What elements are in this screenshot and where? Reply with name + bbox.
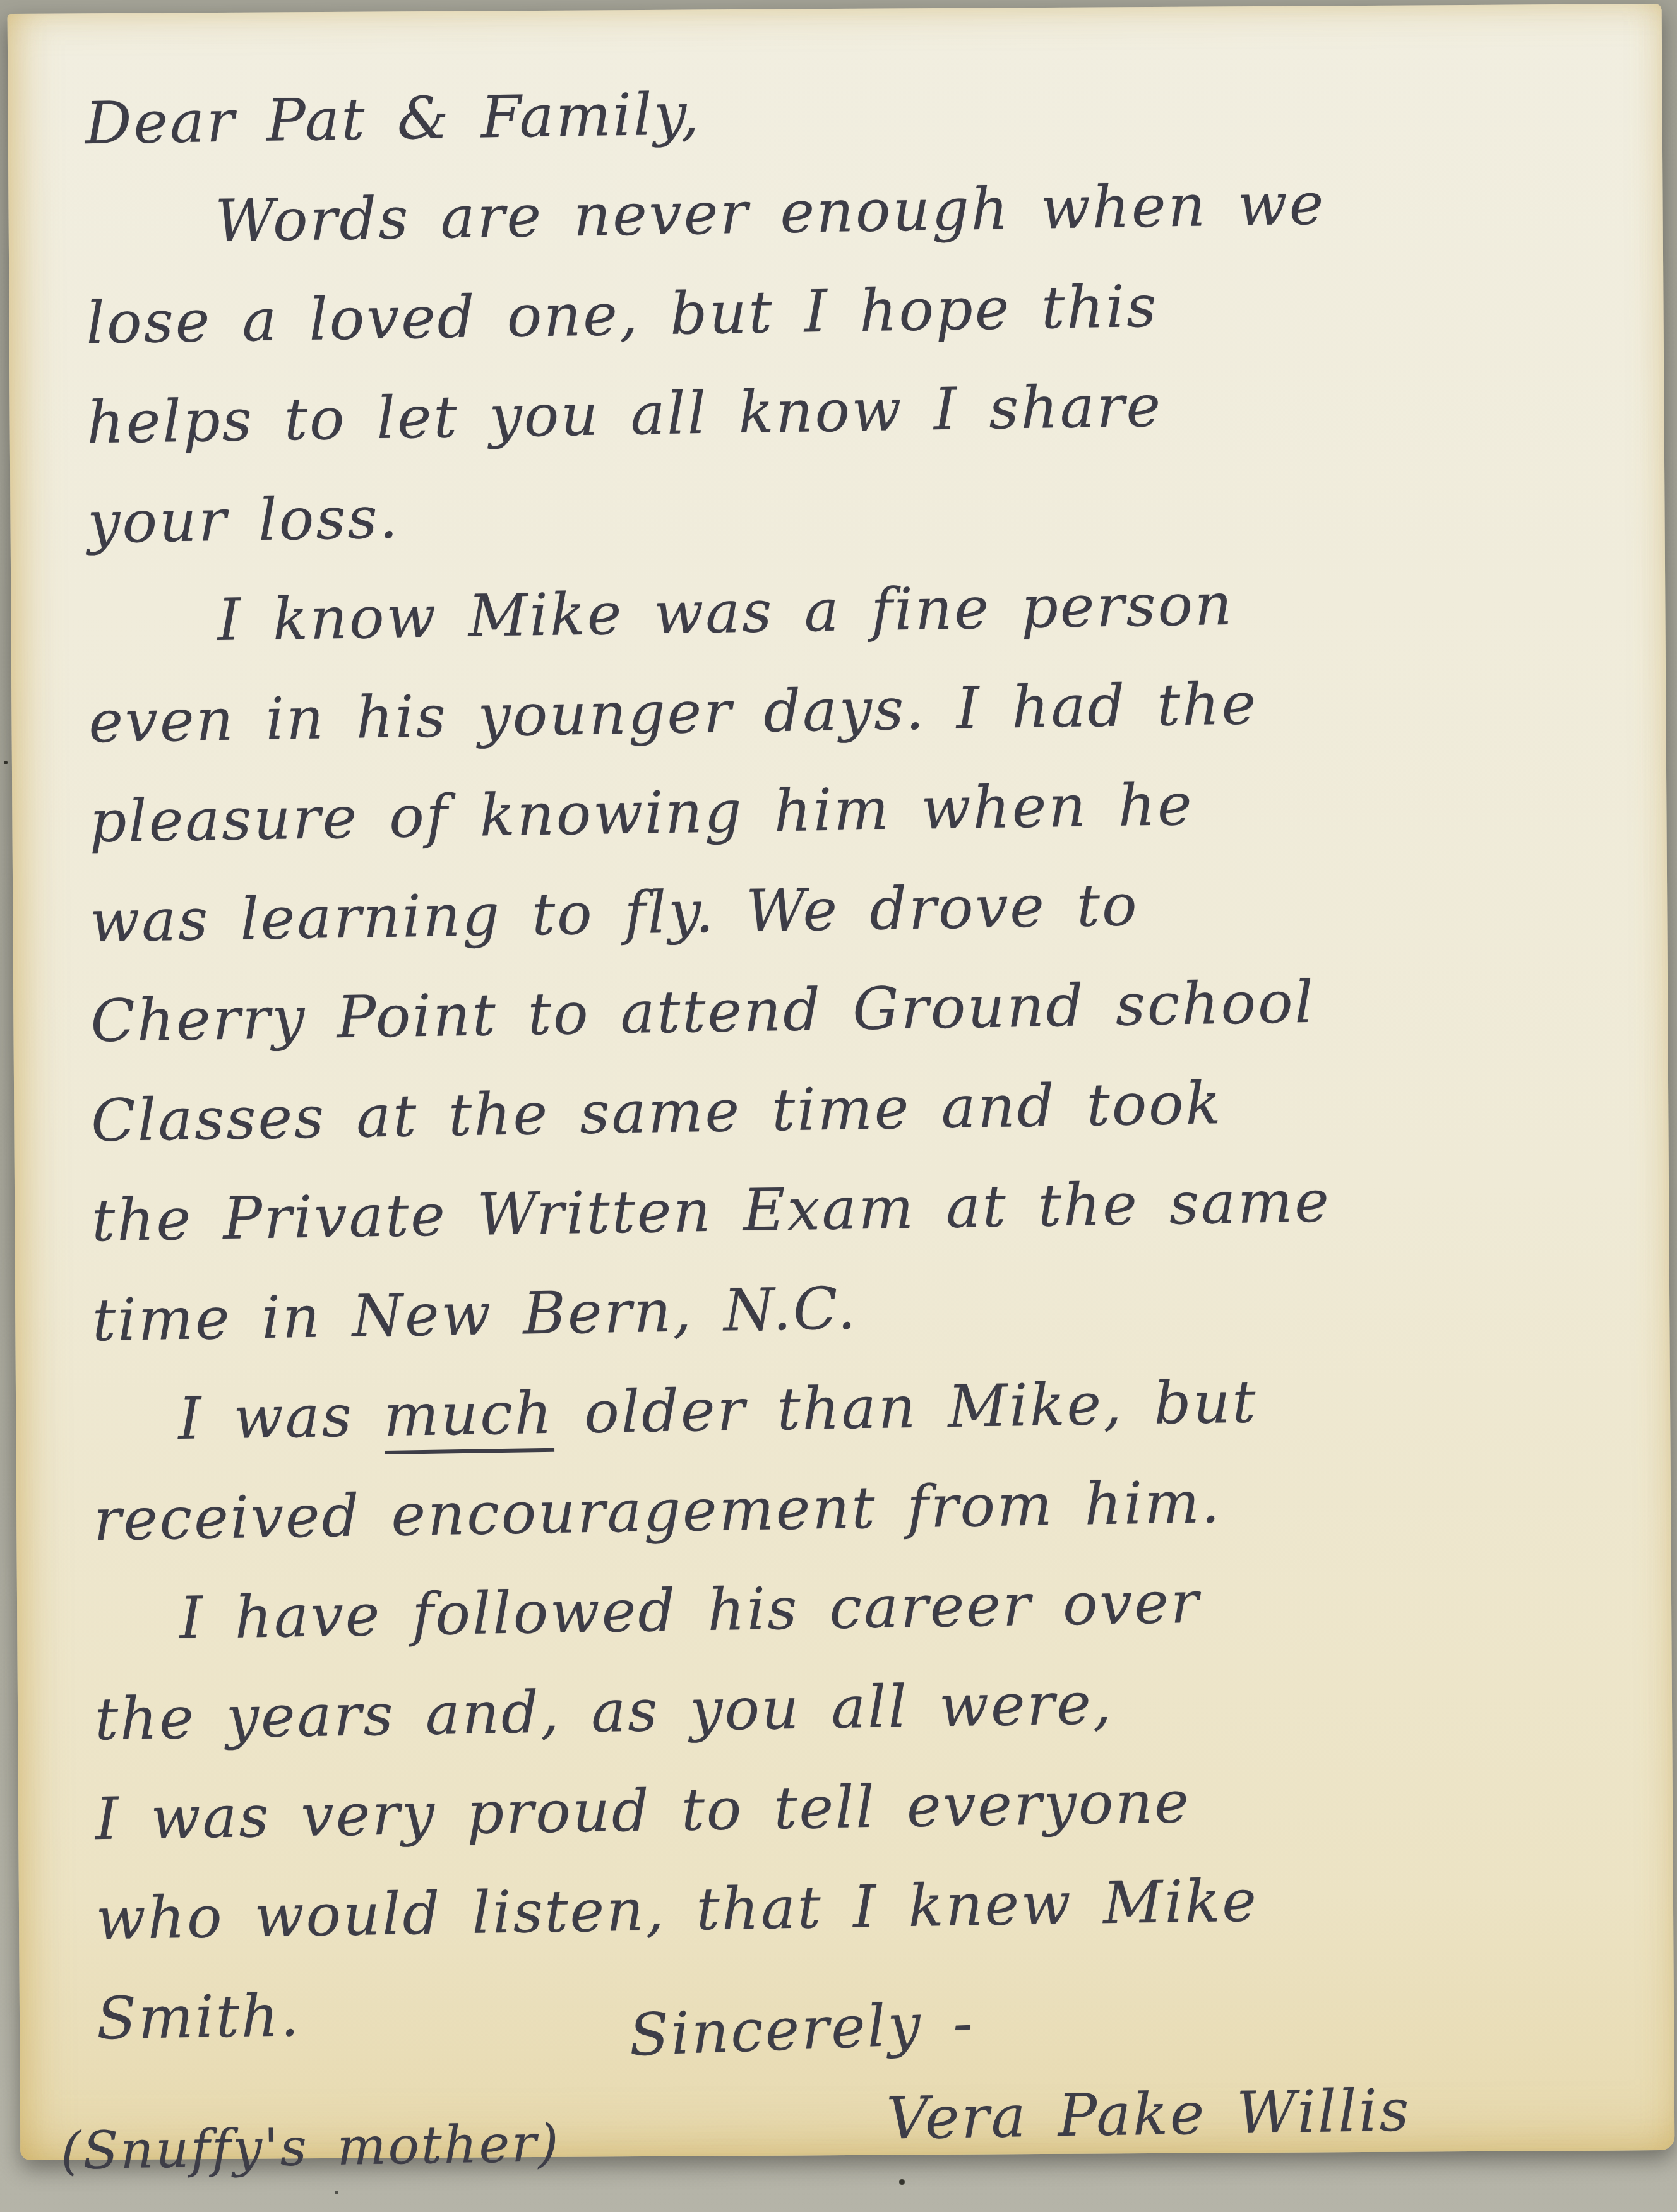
letter-line-segment: I was (177, 1382, 384, 1453)
letter-line-segment: Smith. (96, 1982, 301, 2052)
scan-background: Dear Pat & Family, Words are never enoug… (0, 0, 1677, 2212)
letter-line-segment: older than Mike, but (553, 1368, 1258, 1446)
letter-body: Dear Pat & Family, Words are never enoug… (8, 4, 1675, 2160)
underlined-word: much (383, 1379, 554, 1454)
letter-paper: Dear Pat & Family, Words are never enoug… (8, 4, 1675, 2160)
paper-speckle (4, 761, 8, 764)
signature: Vera Pake Willis (886, 2061, 1412, 2169)
closing-row: (Snuffy's mother) Vera Pake Willis (97, 2059, 1640, 2195)
sender-note: (Snuffy's mother) (60, 2094, 561, 2201)
